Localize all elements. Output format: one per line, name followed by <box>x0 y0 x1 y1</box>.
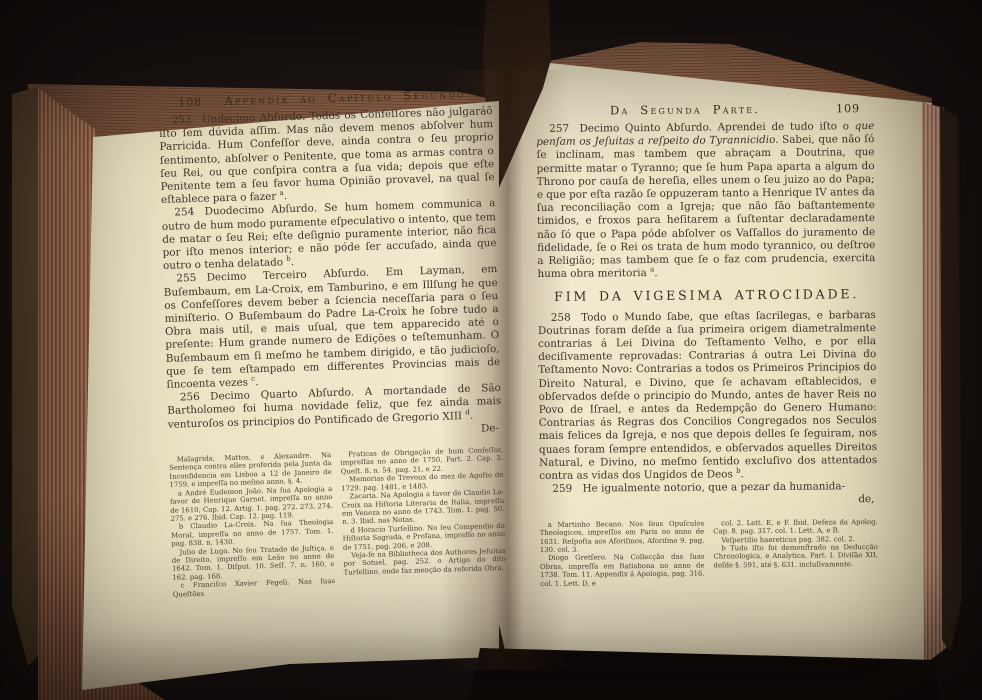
footnote-column: Praticas de Obrigação de hum Confeſſor, … <box>340 446 507 594</box>
text-segment: 254 Duodecimo Abſurdo. Se hum homem comm… <box>162 197 497 272</box>
footnote: Veja-ſe na Bibliotheca dos Authores Jeſu… <box>343 547 506 577</box>
right-page: Da Segunda Parte. 109 257 Decimo Quinto … <box>536 101 878 588</box>
footnote: col. 2. Lett. E, e F. Ibid. Defeza da Ap… <box>713 518 878 536</box>
right-page-header: Da Segunda Parte. 109 <box>536 101 874 118</box>
page-number-right: 109 <box>820 102 874 115</box>
paragraph: 258 Todo o Mundo ſabe, que eſtas ſacrile… <box>538 309 877 484</box>
text-segment: 253 Undecimo Abſurdo. Todos os Confeſſor… <box>159 105 495 206</box>
paragraph: 255 Decimo Terceiro Abſurdo. Em Layman, … <box>163 263 500 392</box>
text-segment: 257 Decimo Quinto Abſurdo. Aprendei de t… <box>549 120 855 135</box>
right-page-footnotes: a Martinho Becano. Nos ſeus Opuſculos Th… <box>540 518 879 588</box>
text-segment: . <box>741 468 744 480</box>
footnote: Zacaria. Na Apologia a favor de Claudio … <box>341 488 504 526</box>
footnote-column: Malagrida, Mattos, e Alexandre. Na Sente… <box>169 451 336 599</box>
text-segment: 259 He igualmente notorio, que a pezar d… <box>552 481 845 496</box>
footnote: Julio de Lugo. No ſeu Tratado de Juſtiça… <box>171 544 334 582</box>
page-number-left: 108 <box>158 95 212 110</box>
left-page-body: 253 Undecimo Abſurdo. Todos os Confeſſor… <box>159 105 503 445</box>
text-segment: 258 Todo o Mundo ſabe, que eſtas ſacrile… <box>538 309 877 482</box>
left-page: 108 Appendix ao Capitulo Segundo 253 Und… <box>158 86 507 599</box>
footnote-column: a Martinho Becano. Nos ſeus Opuſculos Th… <box>540 519 705 588</box>
section-heading: FIM DA VIGESIMA ATROCIDADE. <box>538 287 876 303</box>
left-page-footnotes: Malagrida, Mattos, e Alexandre. Na Sente… <box>169 446 507 599</box>
footnote: a André Eudemon João. Na ſua Apologia a … <box>170 485 333 523</box>
text-segment: 255 Decimo Terceiro Abſurdo. Em Layman, … <box>164 263 501 390</box>
footnote: b Tudo iſto foi demonſtrado na Deducção … <box>713 543 878 570</box>
footnote: Malagrida, Mattos, e Alexandre. Na Sente… <box>169 451 332 489</box>
catchword: de, <box>539 494 877 510</box>
text-segment: . <box>470 409 474 421</box>
footnote: Diogo Gretſero. Na Collecção das ſuas Ob… <box>540 553 705 588</box>
text-segment: . <box>654 267 657 279</box>
footnote-column: col. 2. Lett. E, e F. Ibid. Defeza da Ap… <box>713 518 878 587</box>
paragraph: 257 Decimo Quinto Abſurdo. Aprendei de t… <box>536 120 875 281</box>
paragraph: 253 Undecimo Abſurdo. Todos os Confeſſor… <box>159 105 496 207</box>
text-segment: . <box>255 376 259 388</box>
footnote: a Martinho Becano. Nos ſeus Opuſculos Th… <box>540 519 705 554</box>
text-segment: . <box>291 256 295 268</box>
book-photo: 108 Appendix ao Capitulo Segundo 253 Und… <box>0 0 982 700</box>
running-title-right: Da Segunda Parte. <box>550 102 820 118</box>
text-segment: Sabei, que não ſó ſe inclinam, mas tambe… <box>536 133 875 280</box>
text-segment: . <box>284 190 288 202</box>
right-page-body: 257 Decimo Quinto Abſurdo. Aprendei de t… <box>536 120 877 510</box>
paragraph: 254 Duodecimo Abſurdo. Se hum homem comm… <box>161 197 497 273</box>
